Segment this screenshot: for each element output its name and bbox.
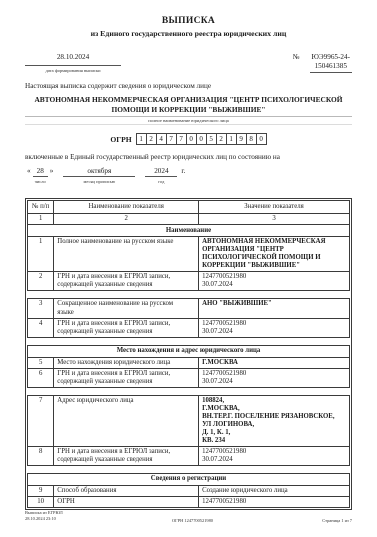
indicator-name-cell: Адрес юридического лица [54,395,199,446]
row-number-cell: 3 [28,299,54,318]
indicator-name-cell: Способ образования [54,485,199,496]
column-number-cell: 3 [199,214,350,225]
month-segment: октября месяц прописью [63,167,135,185]
table-row: 6ГРН и дата внесения в ЕГРЮЛ записи, сод… [28,368,350,387]
table-row: 2ГРН и дата внесения в ЕГРЮЛ записи, сод… [28,272,350,291]
register-table-body: № п/пНаименование показателяЗначение пок… [28,201,350,507]
table-row: 4ГРН и дата внесения в ЕГРЮЛ записи, сод… [28,318,350,337]
open-quote: « [25,167,33,175]
table-row: 1Полное наименование на русском языкеАВТ… [28,237,350,272]
extract-number: ЮЭ9965-24- 150461385 [310,53,352,73]
table-row: 10ОГРН1247700521980 [28,496,350,507]
row-number-cell: 9 [28,485,54,496]
organization-full-name: АВТОНОМНАЯ НЕКОММЕРЧЕСКАЯ ОРГАНИЗАЦИЯ "Ц… [25,95,352,114]
meta-row: 28.10.2024 дата формирования выписки № Ю… [25,53,352,73]
row-number-cell: 5 [28,357,54,368]
section-row: Сведения о регистрации [28,473,350,485]
close-quote: » [48,167,56,175]
row-number-cell: 8 [28,446,54,465]
formation-date: 28.10.2024 [25,53,121,66]
ogrn-label: ОГРН [110,135,131,144]
spacer-cell [28,387,350,395]
ogrn-row: ОГРН 1247700521980 [25,133,352,145]
formation-date-block: 28.10.2024 дата формирования выписки [25,53,121,73]
indicator-value-cell: 108824, Г.МОСКВА, ВН.ТЕР.Г. ПОСЕЛЕНИЕ РЯ… [199,395,350,446]
row-number-cell: 10 [28,496,54,507]
table-row: 7Адрес юридического лица108824, Г.МОСКВА… [28,395,350,446]
egrul-extract-page: ВЫПИСКА из Единого государственного реес… [0,0,377,537]
month-value: октября [63,167,135,177]
organization-name-caption: полное наименование юридического лица [25,118,352,123]
as-of-date-line: « 28 число » октября месяц прописью 2024… [25,167,352,185]
column-number-cell: 1 [28,214,54,225]
section-label: Сведения о регистрации [28,473,350,485]
spacer-row [28,291,350,299]
register-table: № п/пНаименование показателяЗначение пок… [27,200,350,507]
extract-number-block: № ЮЭ9965-24- 150461385 [293,53,352,73]
indicator-name-cell: Полное наименование на русском языке [54,237,199,272]
year-segment: 2024 год [145,167,177,185]
document-title: ВЫПИСКА [25,16,352,26]
spacer-row [28,387,350,395]
indicator-value-cell: АВТОНОМНАЯ НЕКОММЕРЧЕСКАЯ ОРГАНИЗАЦИЯ "Ц… [199,237,350,272]
indicator-name-cell: ГРН и дата внесения в ЕГРЮЛ записи, соде… [54,368,199,387]
column-number-cell: 2 [54,214,199,225]
day-value: 28 [33,167,48,177]
indicator-name-cell: ГРН и дата внесения в ЕГРЮЛ записи, соде… [54,446,199,465]
spacer-cell [28,291,350,299]
row-number-cell: 2 [28,272,54,291]
row-number-cell: 4 [28,318,54,337]
row-number-cell: 1 [28,237,54,272]
spacer-cell [28,465,350,473]
ogrn-boxes: 1247700521980 [137,133,267,145]
indicator-name-cell: ГРН и дата внесения в ЕГРЮЛ записи, соде… [54,318,199,337]
section-row: Наименование [28,225,350,237]
section-label: Место нахождения и адрес юридического ли… [28,345,350,357]
table-row: 3Сокращенное наименование на русском язы… [28,299,350,318]
indicator-value-cell: Создание юридического лица [199,485,350,496]
page-footer: Выписка из ЕГРЮЛ 28.10.2024 23:10 ОГРН 1… [25,510,352,525]
year-caption: год [158,179,164,184]
table-header-row: № п/пНаименование показателяЗначение пок… [28,201,350,214]
year-value: 2024 [145,167,177,177]
indicator-value-cell: 1247700521980 30.07.2024 [199,446,350,465]
table-row: 9Способ образованияСоздание юридического… [28,485,350,496]
indicator-value-cell: 1247700521980 30.07.2024 [199,272,350,291]
indicator-value-cell: 1247700521980 30.07.2024 [199,318,350,337]
footer-left: Выписка из ЕГРЮЛ 28.10.2024 23:10 [25,510,63,523]
spacer-row [28,337,350,345]
indicator-name-cell: Сокращенное наименование на русском язык… [54,299,199,318]
year-suffix: г. [181,167,185,175]
month-caption: месяц прописью [84,179,116,184]
row-number-cell: 6 [28,368,54,387]
header-cell: Значение показателя [199,201,350,214]
footer-right: Страница 1 из 7 [322,518,352,523]
indicator-value-cell: 1247700521980 [199,496,350,507]
intro-line: Настоящая выписка содержит сведения о юр… [25,82,352,90]
indicator-value-cell: Г.МОСКВА [199,357,350,368]
indicator-value-cell: АНО "ВЫЖИВШИЕ" [199,299,350,318]
indicator-name-cell: ОГРН [54,496,199,507]
included-line: включенные в Единый государственный реес… [25,153,352,161]
section-label: Наименование [28,225,350,237]
header-cell: Наименование показателя [54,201,199,214]
ogrn-digit-box: 0 [256,133,267,145]
document-subtitle: из Единого государственного реестра юрид… [25,29,352,38]
number-sign: № [293,53,300,61]
row-number-cell: 7 [28,395,54,446]
column-number-row: 123 [28,214,350,225]
header-cell: № п/п [28,201,54,214]
footer-center: ОГРН 1247700521980 [63,518,322,523]
day-segment: 28 число [33,167,48,185]
formation-date-caption: дата формирования выписки [25,68,121,73]
register-table-wrapper: № п/пНаименование показателяЗначение пок… [25,198,352,509]
section-row: Место нахождения и адрес юридического ли… [28,345,350,357]
indicator-name-cell: Место нахождения юридического лица [54,357,199,368]
table-row: 8ГРН и дата внесения в ЕГРЮЛ записи, сод… [28,446,350,465]
day-caption: число [35,179,46,184]
indicator-name-cell: ГРН и дата внесения в ЕГРЮЛ записи, соде… [54,272,199,291]
indicator-value-cell: 1247700521980 30.07.2024 [199,368,350,387]
table-row: 5Место нахождения юридического лицаГ.МОС… [28,357,350,368]
spacer-cell [28,337,350,345]
spacer-row [28,465,350,473]
